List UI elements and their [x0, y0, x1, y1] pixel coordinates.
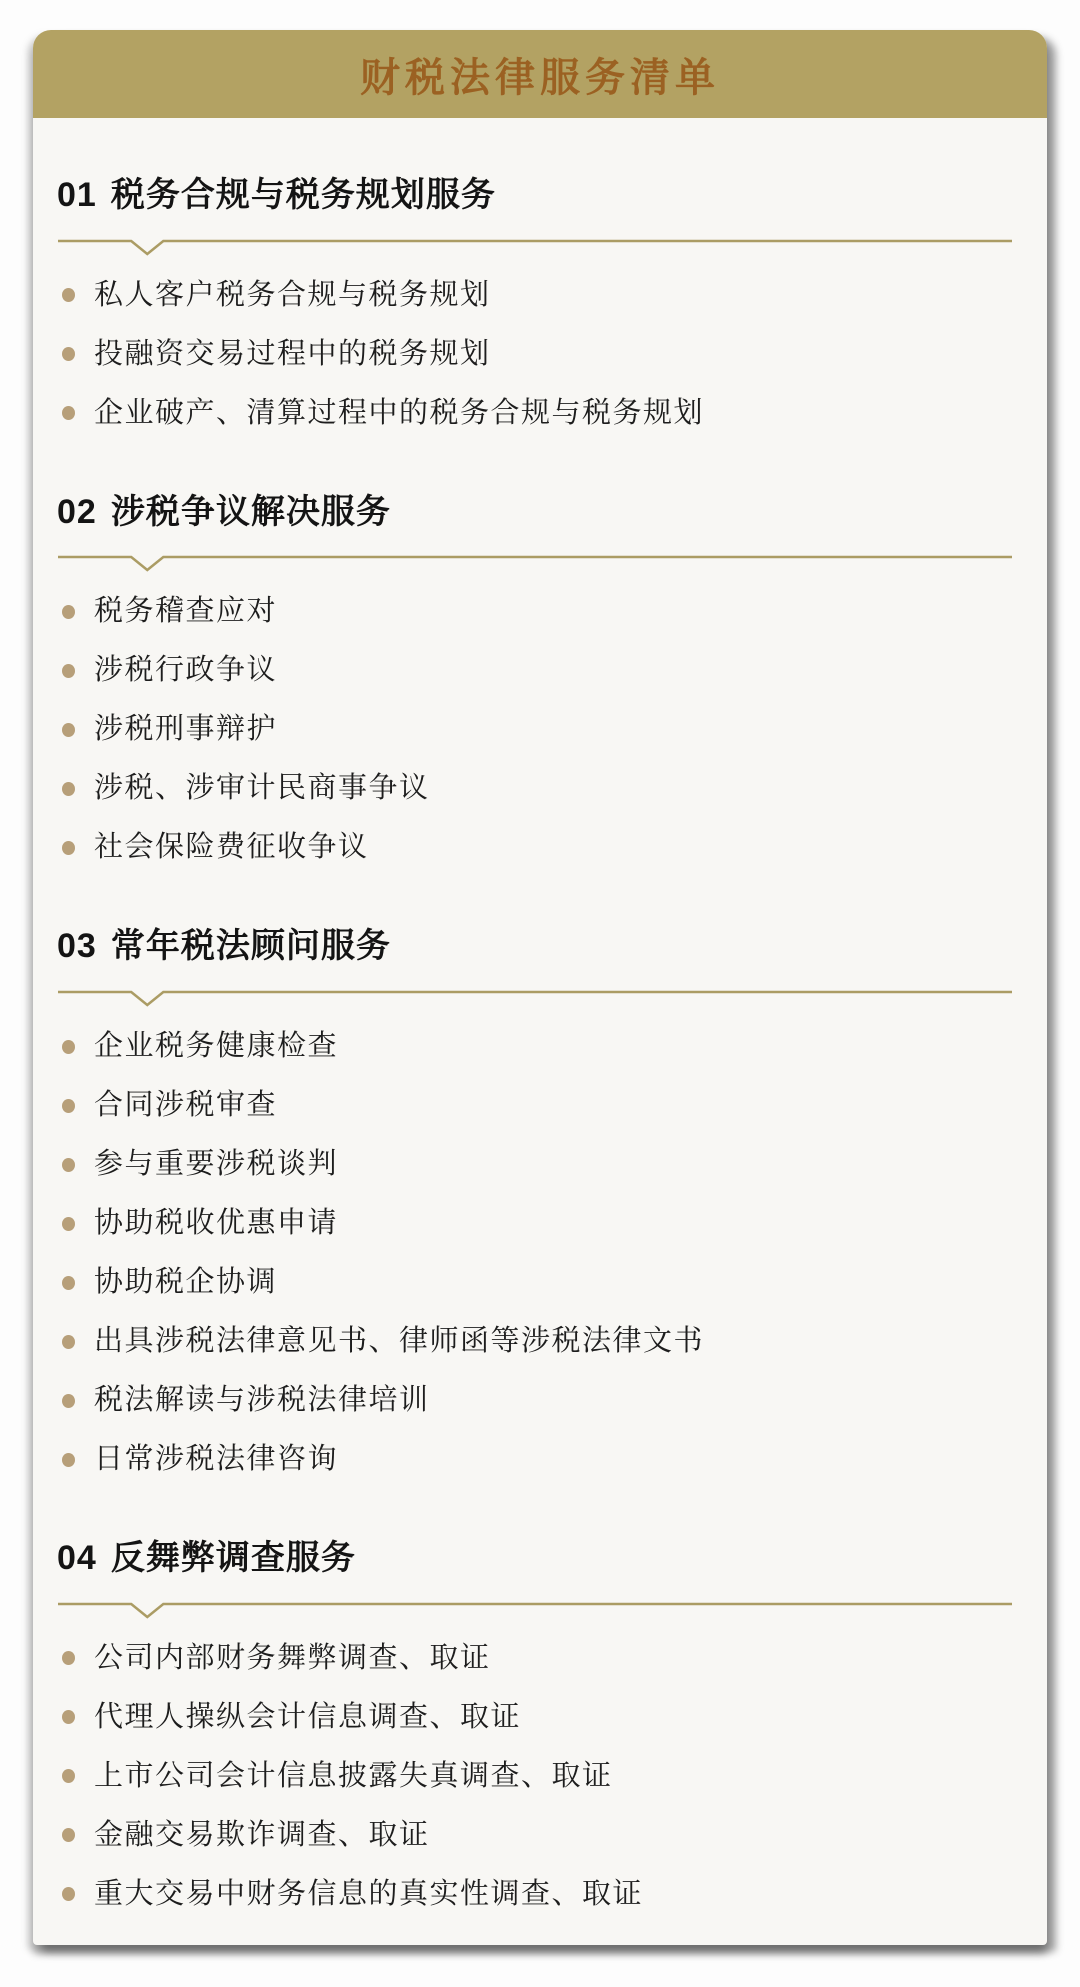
bullet-dot-icon	[62, 1099, 75, 1113]
section-title: 税务合规与税务规划服务	[111, 178, 496, 214]
section-anti-fraud: 04 反舞弊调查服务 公司内部财务舞弊调查、取证 代理人操纵会计信息调查、取证 …	[57, 1541, 1013, 1924]
bullet-dot-icon	[62, 605, 75, 619]
section-title: 反舞弊调查服务	[111, 1541, 356, 1577]
section-divider-notch-icon	[57, 238, 1013, 258]
service-item-label: 投融资交易过程中的税务规划	[94, 340, 491, 369]
title-banner: 财税法律服务清单	[33, 30, 1047, 118]
section-tax-dispute: 02 涉税争议解决服务 税务稽查应对 涉税行政争议 涉税刑事辩护	[57, 495, 1013, 878]
bullet-dot-icon	[62, 406, 75, 420]
bullet-dot-icon	[62, 1217, 75, 1231]
service-item-label: 参与重要涉税谈判	[94, 1150, 338, 1179]
bullet-dot-icon	[62, 1651, 75, 1665]
section-title: 涉税争议解决服务	[111, 495, 391, 531]
bullet-dot-icon	[62, 1453, 75, 1467]
list-item: 涉税行政争议	[57, 641, 1013, 700]
bullet-dot-icon	[62, 782, 75, 796]
section-title: 常年税法顾问服务	[111, 929, 391, 965]
bullet-dot-icon	[62, 664, 75, 678]
service-item-label: 合同涉税审查	[94, 1091, 277, 1120]
list-item: 金融交易欺诈调查、取证	[57, 1806, 1013, 1865]
list-item: 涉税刑事辩护	[57, 700, 1013, 759]
service-item-label: 上市公司会计信息披露失真调查、取证	[94, 1762, 613, 1791]
list-item: 企业破产、清算过程中的税务合规与税务规划	[57, 384, 1013, 443]
section-divider-notch-icon	[57, 989, 1013, 1009]
service-item-label: 重大交易中财务信息的真实性调查、取证	[94, 1880, 643, 1909]
service-list-card: 财税法律服务清单 01 税务合规与税务规划服务 私人客户税务合规与税务规划 投融…	[33, 30, 1047, 1945]
service-item-label: 私人客户税务合规与税务规划	[94, 281, 491, 310]
service-item-label: 协助税企协调	[94, 1268, 277, 1297]
list-item: 企业税务健康检查	[57, 1017, 1013, 1076]
list-item: 日常涉税法律咨询	[57, 1430, 1013, 1489]
list-item: 协助税企协调	[57, 1253, 1013, 1312]
service-item-label: 税法解读与涉税法律培训	[94, 1386, 430, 1415]
bullet-dot-icon	[62, 1769, 75, 1783]
list-item: 税务稽查应对	[57, 582, 1013, 641]
list-item: 协助税收优惠申请	[57, 1194, 1013, 1253]
section-heading: 01 税务合规与税务规划服务	[57, 178, 1013, 214]
bullet-dot-icon	[62, 347, 75, 361]
bullet-dot-icon	[62, 1158, 75, 1172]
section-number: 01	[57, 178, 97, 214]
section-divider-notch-icon	[57, 554, 1013, 574]
list-item: 私人客户税务合规与税务规划	[57, 266, 1013, 325]
service-item-label: 涉税刑事辩护	[94, 715, 277, 744]
bullet-dot-icon	[62, 288, 75, 302]
service-item-label: 税务稽查应对	[94, 597, 277, 626]
section-heading: 03 常年税法顾问服务	[57, 929, 1013, 965]
service-items: 企业税务健康检查 合同涉税审查 参与重要涉税谈判 协助税收优惠申请 协助税企协调	[57, 1017, 1013, 1489]
service-item-label: 出具涉税法律意见书、律师函等涉税法律文书	[94, 1327, 704, 1356]
service-item-label: 日常涉税法律咨询	[94, 1445, 338, 1474]
service-item-label: 涉税、涉审计民商事争议	[94, 774, 430, 803]
page-title: 财税法律服务清单	[360, 46, 720, 103]
section-number: 04	[57, 1541, 97, 1577]
bullet-dot-icon	[62, 723, 75, 737]
section-tax-compliance: 01 税务合规与税务规划服务 私人客户税务合规与税务规划 投融资交易过程中的税务…	[57, 178, 1013, 443]
bullet-dot-icon	[62, 1887, 75, 1901]
service-items: 私人客户税务合规与税务规划 投融资交易过程中的税务规划 企业破产、清算过程中的税…	[57, 266, 1013, 443]
list-item: 重大交易中财务信息的真实性调查、取证	[57, 1865, 1013, 1924]
service-item-label: 金融交易欺诈调查、取证	[94, 1821, 430, 1850]
bullet-dot-icon	[62, 1335, 75, 1349]
section-heading: 04 反舞弊调查服务	[57, 1541, 1013, 1577]
service-item-label: 社会保险费征收争议	[94, 833, 369, 862]
service-items: 公司内部财务舞弊调查、取证 代理人操纵会计信息调查、取证 上市公司会计信息披露失…	[57, 1629, 1013, 1924]
list-item: 社会保险费征收争议	[57, 818, 1013, 877]
list-item: 出具涉税法律意见书、律师函等涉税法律文书	[57, 1312, 1013, 1371]
list-item: 投融资交易过程中的税务规划	[57, 325, 1013, 384]
section-heading: 02 涉税争议解决服务	[57, 495, 1013, 531]
bullet-dot-icon	[62, 841, 75, 855]
service-item-label: 企业税务健康检查	[94, 1032, 338, 1061]
bullet-dot-icon	[62, 1828, 75, 1842]
service-item-label: 企业破产、清算过程中的税务合规与税务规划	[94, 399, 704, 428]
bullet-dot-icon	[62, 1040, 75, 1054]
card-content: 01 税务合规与税务规划服务 私人客户税务合规与税务规划 投融资交易过程中的税务…	[33, 118, 1047, 1924]
list-item: 上市公司会计信息披露失真调查、取证	[57, 1747, 1013, 1806]
list-item: 代理人操纵会计信息调查、取证	[57, 1688, 1013, 1747]
service-item-label: 涉税行政争议	[94, 656, 277, 685]
list-item: 涉税、涉审计民商事争议	[57, 759, 1013, 818]
section-number: 02	[57, 495, 97, 531]
list-item: 参与重要涉税谈判	[57, 1135, 1013, 1194]
service-items: 税务稽查应对 涉税行政争议 涉税刑事辩护 涉税、涉审计民商事争议 社会保险费征收…	[57, 582, 1013, 877]
list-item: 公司内部财务舞弊调查、取证	[57, 1629, 1013, 1688]
section-annual-tax-advisory: 03 常年税法顾问服务 企业税务健康检查 合同涉税审查 参与重要涉税谈判	[57, 929, 1013, 1489]
list-item: 税法解读与涉税法律培训	[57, 1371, 1013, 1430]
list-item: 合同涉税审查	[57, 1076, 1013, 1135]
service-item-label: 协助税收优惠申请	[94, 1209, 338, 1238]
bullet-dot-icon	[62, 1276, 75, 1290]
service-item-label: 代理人操纵会计信息调查、取证	[94, 1703, 521, 1732]
section-number: 03	[57, 929, 97, 965]
page: { "banner": { "title": "财税法律服务清单" }, "co…	[0, 0, 1080, 1987]
service-item-label: 公司内部财务舞弊调查、取证	[94, 1644, 491, 1673]
bullet-dot-icon	[62, 1710, 75, 1724]
section-divider-notch-icon	[57, 1601, 1013, 1621]
bullet-dot-icon	[62, 1394, 75, 1408]
